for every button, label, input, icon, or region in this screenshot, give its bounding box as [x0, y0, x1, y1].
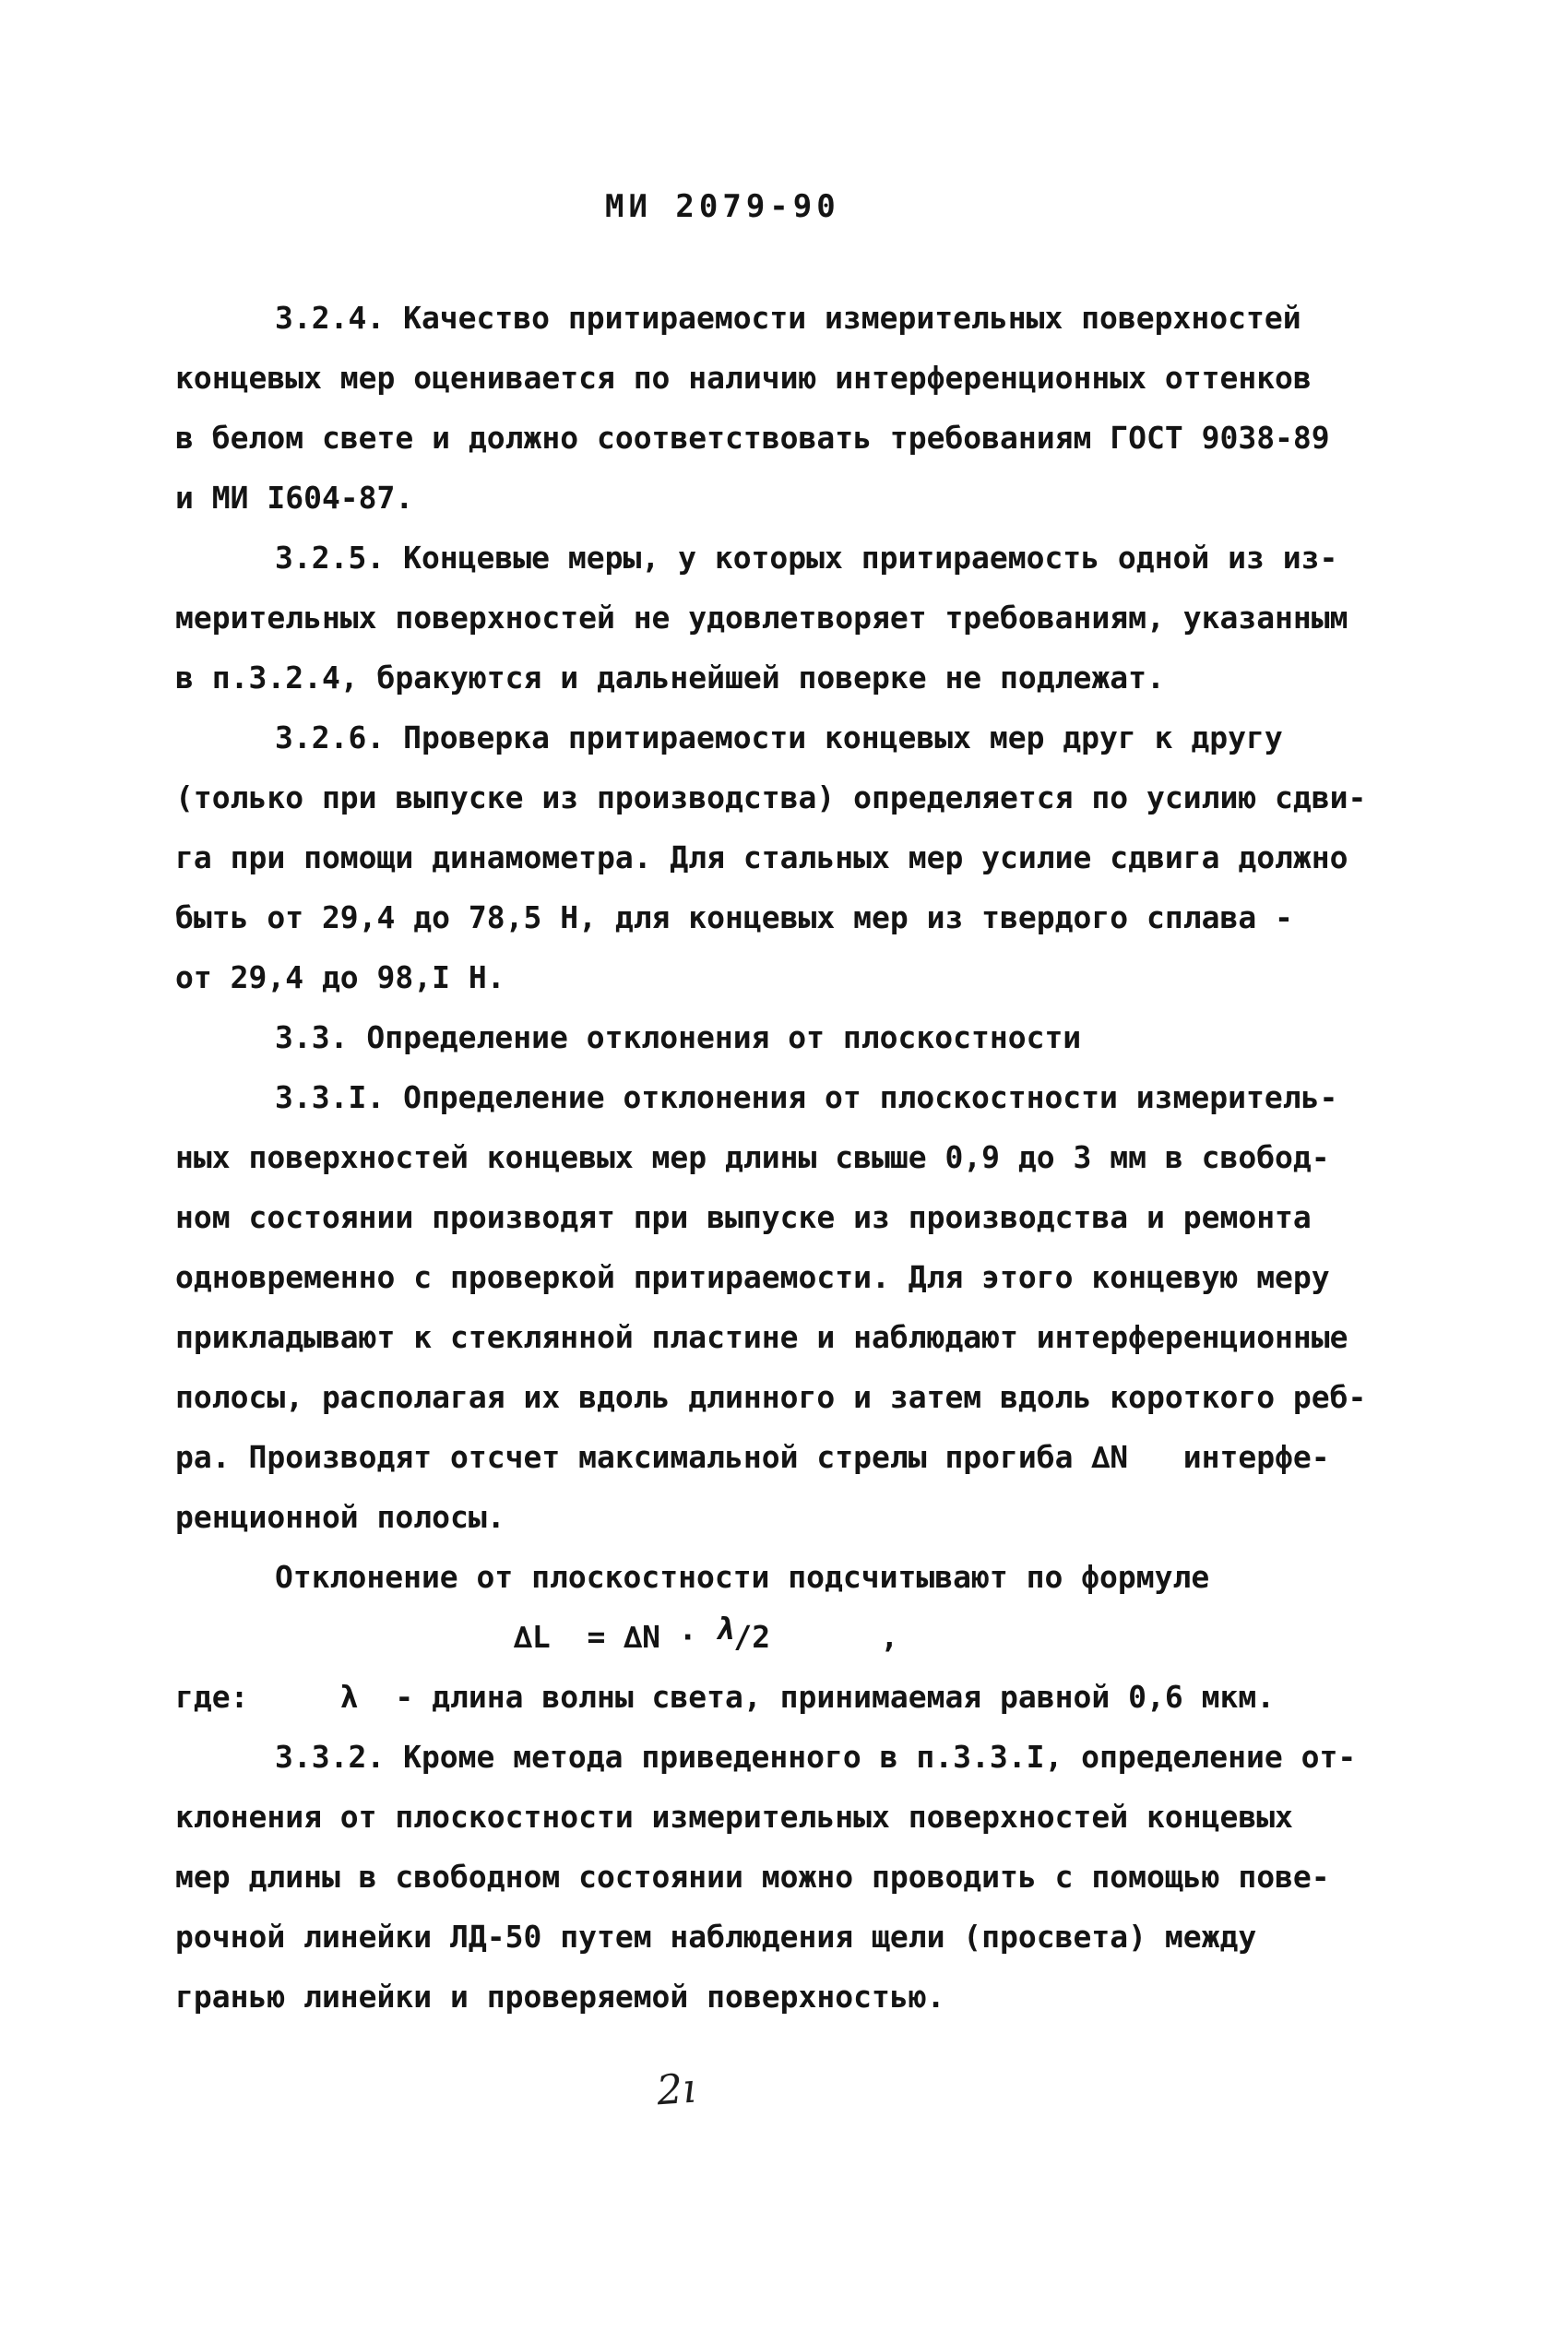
text-line: где: λ - длина волны света, принимаемая … [175, 1667, 1430, 1727]
formula-body: ∆L = ∆N · [514, 1619, 716, 1655]
formula-denominator: /2 [733, 1619, 770, 1655]
text-line: клонения от плоскостности измерительных … [175, 1787, 1430, 1847]
text-line: гранью линейки и проверяемой поверхность… [175, 1967, 1430, 2027]
text-line: 3.2.6. Проверка притираемости концевых м… [175, 708, 1430, 767]
formula-gap [770, 1619, 880, 1655]
text-line: 3.3.2. Кроме метода приведенного в п.3.3… [175, 1727, 1430, 1787]
text-line: 3.3. Определение отклонения от плоскостн… [175, 1007, 1430, 1067]
text-line: в белом свете и должно соответствовать т… [175, 408, 1430, 468]
text-line: Отклонение от плоскостности подсчитывают… [175, 1547, 1430, 1607]
text-line: ном состоянии производят при выпуске из … [175, 1187, 1430, 1247]
text-block: 3.2.4. Качество притираемости измеритель… [175, 288, 1430, 2027]
text-line: ра. Производят отсчет максимальной стрел… [175, 1427, 1430, 1487]
text-line: мер длины в свободном состоянии можно пр… [175, 1847, 1430, 1907]
text-line: 3.2.5. Концевые меры, у которых притирае… [175, 528, 1430, 588]
text-line: концевых мер оценивается по наличию инте… [175, 348, 1430, 408]
text-line: в п.3.2.4, бракуются и дальнейшей поверк… [175, 648, 1430, 708]
text-line: га при помощи динамометра. Для стальных … [175, 827, 1430, 887]
scanned-document-page: МИ 2079-90 3.2.4. Качество притираемости… [0, 0, 1568, 2331]
text-line: и МИ I604-87. [175, 468, 1430, 528]
text-line: ренционной полосы. [175, 1487, 1430, 1547]
formula-lambda-icon: λ [716, 1599, 734, 1659]
text-line: быть от 29,4 до 78,5 Н, для концевых мер… [175, 887, 1430, 947]
text-line: полосы, располагая их вдоль длинного и з… [175, 1367, 1430, 1427]
formula-line: ∆L = ∆N · λ/2 , [175, 1607, 1430, 1667]
text-line: ных поверхностей концевых мер длины свыш… [175, 1127, 1430, 1187]
text-line: одновременно с проверкой притираемости. … [175, 1247, 1430, 1307]
text-line: мерительных поверхностей не удовлетворяе… [175, 588, 1430, 648]
text-line: от 29,4 до 98,I Н. [175, 947, 1430, 1007]
text-line: 3.2.4. Качество притираемости измеритель… [175, 288, 1430, 348]
text-line: 3.3.I. Определение отклонения от плоскос… [175, 1067, 1430, 1127]
page-number: 2ı [655, 2065, 697, 2115]
text-line: прикладывают к стеклянной пластине и наб… [175, 1307, 1430, 1367]
document-code: МИ 2079-90 [605, 188, 840, 225]
text-line: рочной линейки ЛД-50 путем наблюдения ще… [175, 1907, 1430, 1967]
text-line: (только при выпуске из производства) опр… [175, 767, 1430, 827]
formula-comma: , [880, 1619, 898, 1655]
